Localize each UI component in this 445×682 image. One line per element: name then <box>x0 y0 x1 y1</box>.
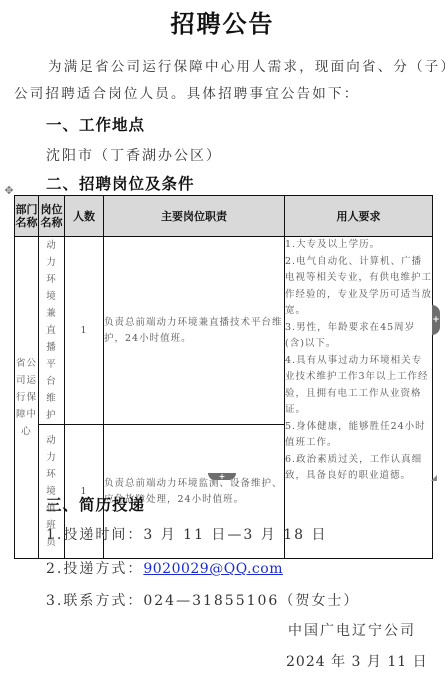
submission-time-label: 1.投递时间： <box>46 527 143 543</box>
table-row: 省公司运行保障中心 动力环境兼直播平台维护 1 负责总前端动力环境兼直播技术平台… <box>15 237 433 425</box>
header-dept: 部门名称 <box>15 196 39 237</box>
header-duties: 主要岗位职责 <box>104 196 285 237</box>
submission-time-value: 3 月 11 日—3 月 18 日 <box>143 527 327 543</box>
header-position: 岗位名称 <box>39 196 65 237</box>
page-title: 招聘公告 <box>0 4 445 39</box>
header-requirements: 用人要求 <box>285 196 433 237</box>
contact-value: 024—31855106（贺女士） <box>143 593 359 609</box>
contact-label: 3.联系方式： <box>46 593 143 609</box>
requirement-item: 6.政治素质过关，工作认真细致，具备良好的职业道德。 <box>285 452 432 485</box>
requirement-item: 2.电气自动化、计算机、广播电视等相关专业，有供电维护工作经验的，专业及学历可适… <box>285 254 432 320</box>
requirement-item: 3.男性，年龄要求在45周岁(含)以下。 <box>285 320 432 353</box>
table-header-row: 部门名称 岗位名称 人数 主要岗位职责 用人要求 <box>15 196 433 237</box>
requirement-item: 5.身体健康，能够胜任24小时值班工作。 <box>285 419 432 452</box>
section-1-heading: 一、工作地点 <box>46 113 145 135</box>
header-count: 人数 <box>65 196 104 237</box>
add-column-button[interactable]: + <box>432 305 440 335</box>
intro-line-2: 公司招聘适合岗位人员。具体招聘事宜公告如下： <box>14 82 359 102</box>
add-row-button[interactable]: + <box>208 473 236 480</box>
section-2-heading: 二、招聘岗位及条件 <box>46 172 195 194</box>
dept-cell[interactable]: 省公司运行保障中心 <box>15 237 39 559</box>
work-location: 沈阳市（丁香湖办公区） <box>46 145 222 165</box>
signature-date: 2024 年 3 月 11 日 <box>286 651 428 671</box>
contact-info: 3.联系方式：024—31855106（贺女士） <box>46 590 359 610</box>
requirement-item: 4.具有从事过动力环境相关专业技术维护工作3年以上工作经验，且拥有电工工作从业资… <box>285 353 432 419</box>
signature-company: 中国广电辽宁公司 <box>288 620 416 640</box>
position-cell[interactable]: 动力环境兼直播平台维护 <box>39 237 65 425</box>
duties-cell[interactable]: 负责总前端动力环境兼直播技术平台维护，24小时值班。 <box>104 237 285 425</box>
section-3-heading: 三、简历投递 <box>46 493 145 515</box>
submission-method: 2.投递方式：9020029@QQ.com <box>46 558 283 578</box>
table-resize-handle-icon[interactable] <box>431 475 437 481</box>
submission-time: 1.投递时间：3 月 11 日—3 月 18 日 <box>46 524 328 544</box>
intro-line-1: 为满足省公司运行保障中心用人需求，现面向省、分（子） <box>48 55 445 75</box>
submission-method-label: 2.投递方式： <box>46 561 143 577</box>
count-cell[interactable]: 1 <box>65 237 104 425</box>
requirement-item: 1.大专及以上学历。 <box>285 237 432 254</box>
requirements-cell[interactable]: 1.大专及以上学历。 2.电气自动化、计算机、广播电视等相关专业，有供电维护工作… <box>285 237 433 559</box>
email-link[interactable]: 9020029@QQ.com <box>143 561 283 577</box>
